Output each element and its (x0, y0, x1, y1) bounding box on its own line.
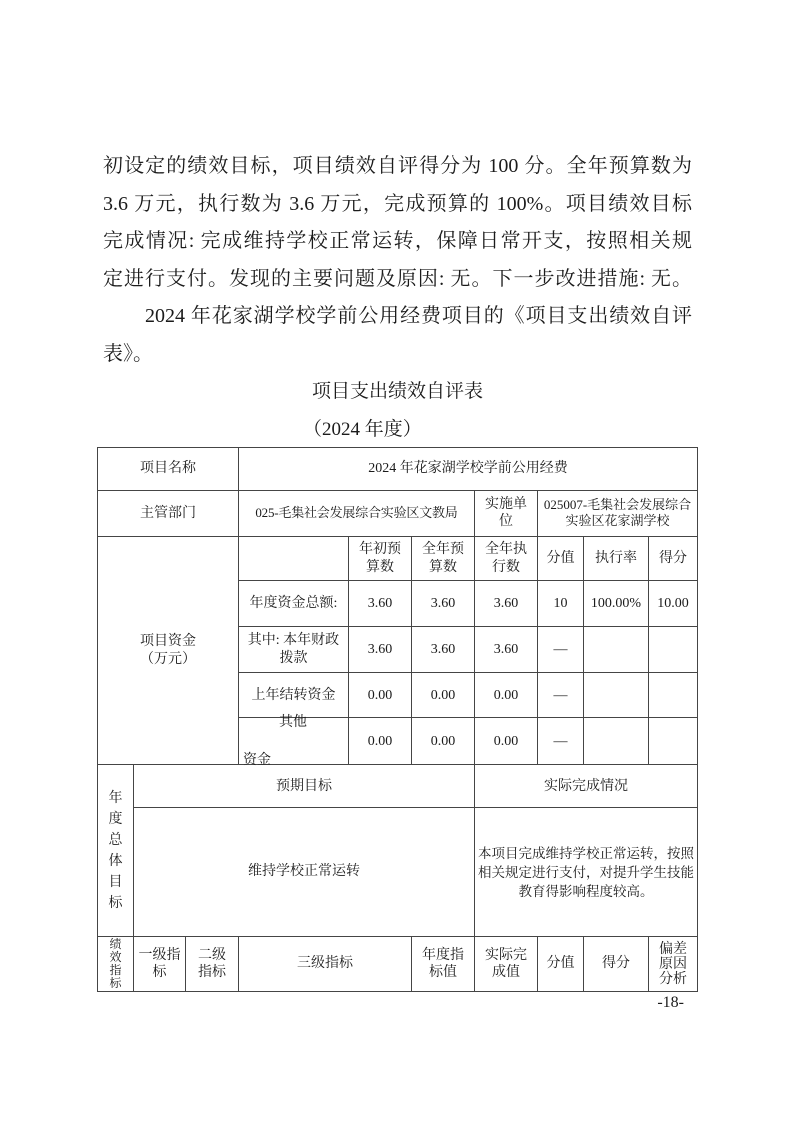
funds-value-cell: 0.00 (475, 673, 538, 718)
funds-value-cell: 0.00 (475, 718, 538, 765)
funds-value-cell: 3.60 (475, 581, 538, 627)
dept-label-cell: 主管部门 (98, 491, 239, 538)
funds-weight-cell: — (538, 718, 584, 765)
impl-unit-label-cell: 实施单 位 (475, 491, 538, 538)
expected-goal-header-cell: 预期目标 (134, 765, 475, 808)
funds-row-name-cell: 年度资金总额: (239, 581, 349, 627)
self-evaluation-table: 项目名称 2024 年花家湖学校学前公用经费 主管部门 025-毛集社会发展综合… (97, 447, 698, 992)
funds-rate-cell (584, 718, 649, 765)
document-page: 初设定的绩效目标，项目绩效自评得分为 100 分。全年预算数为 3.6 万元，执… (0, 0, 793, 1122)
department-row: 主管部门 025-毛集社会发展综合实验区文教局 实施单 位 025007-毛集社… (98, 491, 697, 538)
perf-header-cell: 三级指标 (239, 937, 412, 991)
table-subtitle: （2024 年度） (103, 411, 692, 449)
funds-score-cell (649, 718, 697, 765)
perf-header-cell: 年度指 标值 (412, 937, 475, 991)
funds-label-cell: 项目资金 （万元） (98, 537, 239, 765)
funds-header-cell: 分值 (538, 537, 584, 581)
funds-header-empty-cell (239, 537, 349, 581)
goal-content-row: 维持学校正常运转 本项目完成维持学校正常运转，按照 相关规定进行支付，对提升学生… (134, 808, 697, 937)
actual-result-cell: 本项目完成维持学校正常运转，按照 相关规定进行支付，对提升学生技能 教育得影响程… (475, 808, 697, 937)
funds-section: 项目资金 （万元） 年初预 算数 全年预 算数 全年执 行数 分值 执行率 得分… (98, 537, 697, 765)
paragraph-line: 3.6 万元，执行数为 3.6 万元，完成预算的 100%。项目绩效目标 (103, 186, 692, 224)
other-funds-line1: 其他 (241, 713, 346, 732)
page-number: -18- (97, 994, 698, 1012)
paragraph-line: 表》。 (103, 336, 692, 374)
funds-score-cell (649, 627, 697, 673)
actual-result-header-cell: 实际完成情况 (475, 765, 697, 808)
paragraph-line: 完成情况: 完成维持学校正常运转，保障日常开支，按照相关规 (103, 223, 692, 261)
project-name-label-cell: 项目名称 (98, 448, 239, 491)
funds-rate-cell: 100.00% (584, 581, 649, 627)
goal-section: 年度总体目标 预期目标 实际完成情况 维持学校正常运转 本项目完成维持学校正常运… (98, 765, 697, 937)
perf-header-cell: 实际完 成值 (475, 937, 538, 991)
performance-label-cell: 绩效指标 (98, 937, 134, 991)
project-name-row: 项目名称 2024 年花家湖学校学前公用经费 (98, 448, 697, 491)
paragraph-line: 定进行支付。发现的主要问题及原因: 无。下一步改进措施: 无。 (103, 261, 692, 299)
perf-header-cell: 偏差 原因 分析 (649, 937, 697, 991)
funds-rate-cell (584, 627, 649, 673)
table-title: 项目支出绩效自评表 (103, 373, 692, 411)
expected-goal-cell: 维持学校正常运转 (134, 808, 475, 937)
paragraph-line: 2024 年花家湖学校学前公用经费项目的《项目支出绩效自评 (103, 298, 692, 336)
funds-header-cell: 全年执 行数 (475, 537, 538, 581)
funds-value-cell: 0.00 (412, 673, 475, 718)
body-text: 初设定的绩效目标，项目绩效自评得分为 100 分。全年预算数为 3.6 万元，执… (103, 148, 692, 448)
funds-value-cell: 3.60 (475, 627, 538, 673)
perf-header-cell: 二级 指标 (186, 937, 239, 991)
funds-row-name-cell: 其中: 本年财政 拨款 (239, 627, 349, 673)
funds-value-cell: 3.60 (349, 581, 412, 627)
dept-value-cell: 025-毛集社会发展综合实验区文教局 (239, 491, 475, 538)
perf-header-cell: 得分 (584, 937, 649, 991)
funds-header-cell: 执行率 (584, 537, 649, 581)
funds-value-cell: 3.60 (412, 627, 475, 673)
funds-total-row: 年度资金总额: 3.60 3.60 3.60 10 100.00% 10.00 (239, 581, 697, 627)
funds-weight-cell: — (538, 627, 584, 673)
goal-header-row: 预期目标 实际完成情况 (134, 765, 697, 808)
funds-header-row: 年初预 算数 全年预 算数 全年执 行数 分值 执行率 得分 (239, 537, 697, 581)
funds-header-cell: 年初预 算数 (349, 537, 412, 581)
funds-other-row: 其他 资金 0.00 0.00 0.00 — (239, 718, 697, 765)
funds-rate-cell (584, 673, 649, 718)
project-name-value-cell: 2024 年花家湖学校学前公用经费 (239, 448, 697, 491)
impl-unit-value-cell: 025007-毛集社会发展综合 实验区花家湖学校 (538, 491, 697, 538)
goal-label-cell: 年度总体目标 (98, 765, 134, 937)
funds-value-cell: 0.00 (349, 673, 412, 718)
funds-weight-cell: — (538, 673, 584, 718)
funds-score-cell: 10.00 (649, 581, 697, 627)
funds-value-cell: 0.00 (349, 718, 412, 765)
goal-label-text: 年度总体目标 (108, 788, 124, 914)
paragraph-line: 初设定的绩效目标，项目绩效自评得分为 100 分。全年预算数为 (103, 148, 692, 186)
funds-weight-cell: 10 (538, 581, 584, 627)
funds-value-cell: 3.60 (349, 627, 412, 673)
funds-header-cell: 得分 (649, 537, 697, 581)
funds-value-cell: 3.60 (412, 581, 475, 627)
perf-header-cell: 分值 (538, 937, 584, 991)
funds-value-cell: 0.00 (412, 718, 475, 765)
performance-header-row: 绩效指标 一级指 标 二级 指标 三级指标 年度指 标值 实际完 成值 分值 得… (98, 937, 697, 991)
performance-label-text: 绩效指标 (108, 938, 124, 990)
funds-row-name-cell: 其他 资金 (239, 718, 349, 765)
funds-fiscal-row: 其中: 本年财政 拨款 3.60 3.60 3.60 — (239, 627, 697, 673)
funds-header-cell: 全年预 算数 (412, 537, 475, 581)
funds-score-cell (649, 673, 697, 718)
perf-header-cell: 一级指 标 (134, 937, 186, 991)
